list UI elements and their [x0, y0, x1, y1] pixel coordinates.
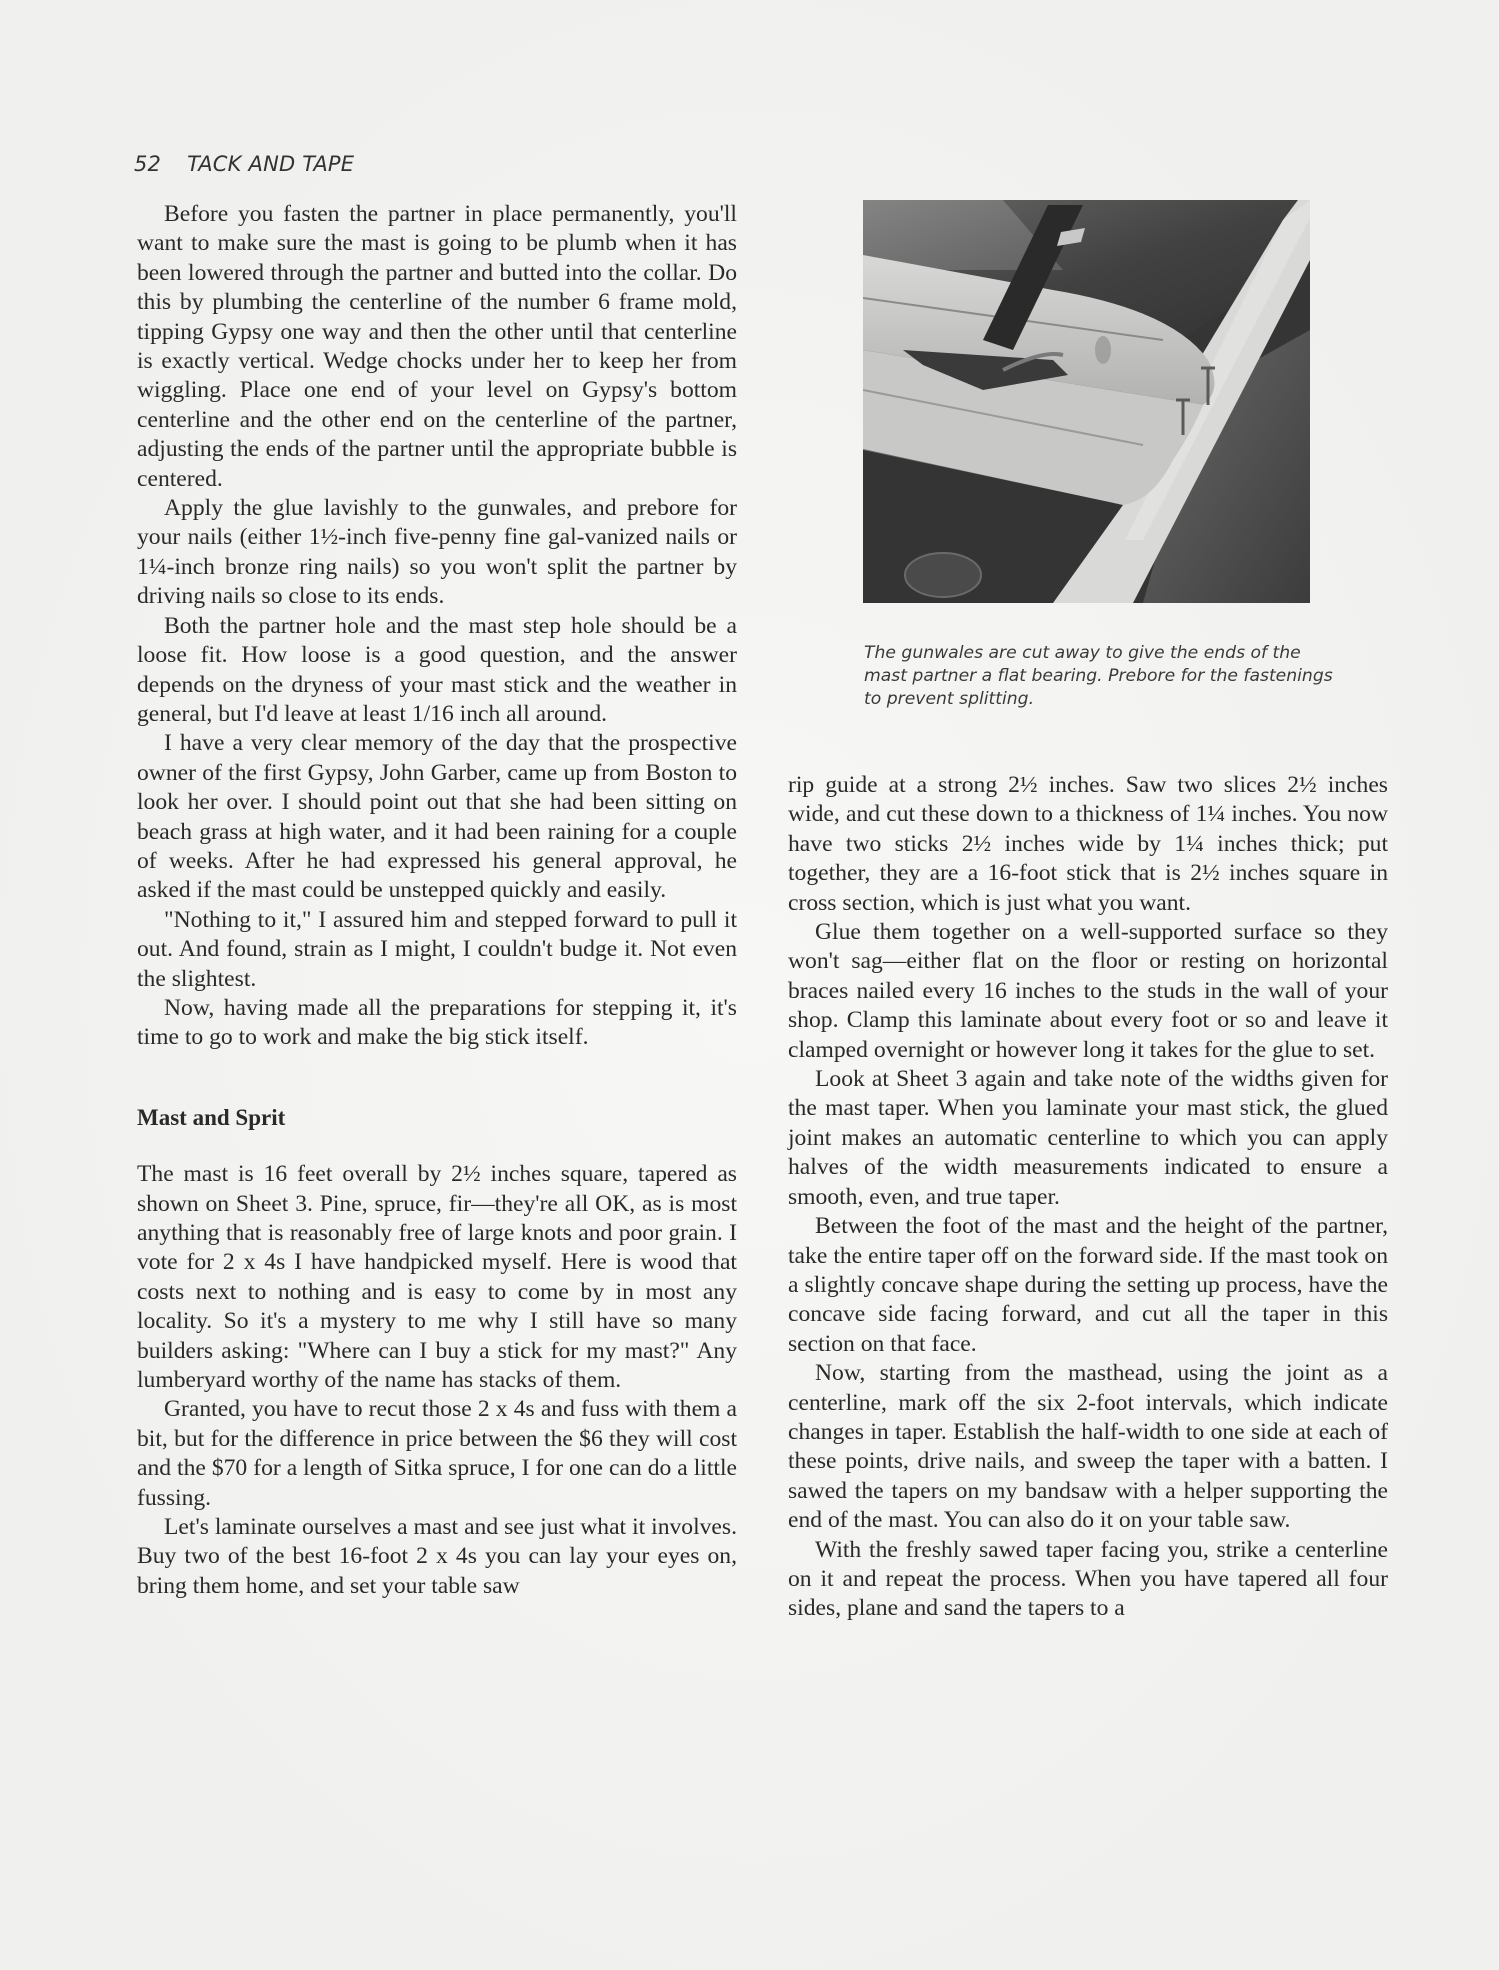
- paragraph: Apply the glue lavishly to the gunwales,…: [137, 494, 737, 612]
- right-column: rip guide at a strong 2½ inches. Saw two…: [788, 771, 1388, 1624]
- paragraph: Before you fasten the partner in place p…: [137, 200, 737, 494]
- figure-photo: [863, 200, 1310, 603]
- running-head: 52TACK AND TAPE: [134, 152, 354, 176]
- paragraph: "Nothing to it," I assured him and stepp…: [137, 906, 737, 994]
- paragraph: The mast is 16 feet overall by 2½ inches…: [137, 1160, 737, 1395]
- figure-caption: The gunwales are cut away to give the en…: [864, 642, 1334, 711]
- paragraph: With the freshly sawed taper facing you,…: [788, 1536, 1388, 1624]
- paragraph: Let's laminate ourselves a mast and see …: [137, 1513, 737, 1601]
- boat-gunwale-photo-icon: [863, 200, 1310, 603]
- paragraph: Look at Sheet 3 again and take note of t…: [788, 1065, 1388, 1212]
- left-column: Before you fasten the partner in place p…: [137, 200, 737, 1601]
- book-page: 52TACK AND TAPE Before you fasten the pa…: [0, 0, 1499, 1970]
- paragraph: I have a very clear memory of the day th…: [137, 729, 737, 905]
- paragraph: Granted, you have to recut those 2 x 4s …: [137, 1395, 737, 1513]
- paragraph: Both the partner hole and the mast step …: [137, 612, 737, 730]
- paragraph: Between the foot of the mast and the hei…: [788, 1212, 1388, 1359]
- paragraph: rip guide at a strong 2½ inches. Saw two…: [788, 771, 1388, 918]
- running-head-title: TACK AND TAPE: [187, 152, 354, 176]
- paragraph: Glue them together on a well-supported s…: [788, 918, 1388, 1065]
- page-number: 52: [134, 152, 161, 176]
- paragraph: Now, starting from the masthead, using t…: [788, 1359, 1388, 1535]
- section-heading: Mast and Sprit: [137, 1103, 737, 1132]
- paragraph: Now, having made all the preparations fo…: [137, 994, 737, 1053]
